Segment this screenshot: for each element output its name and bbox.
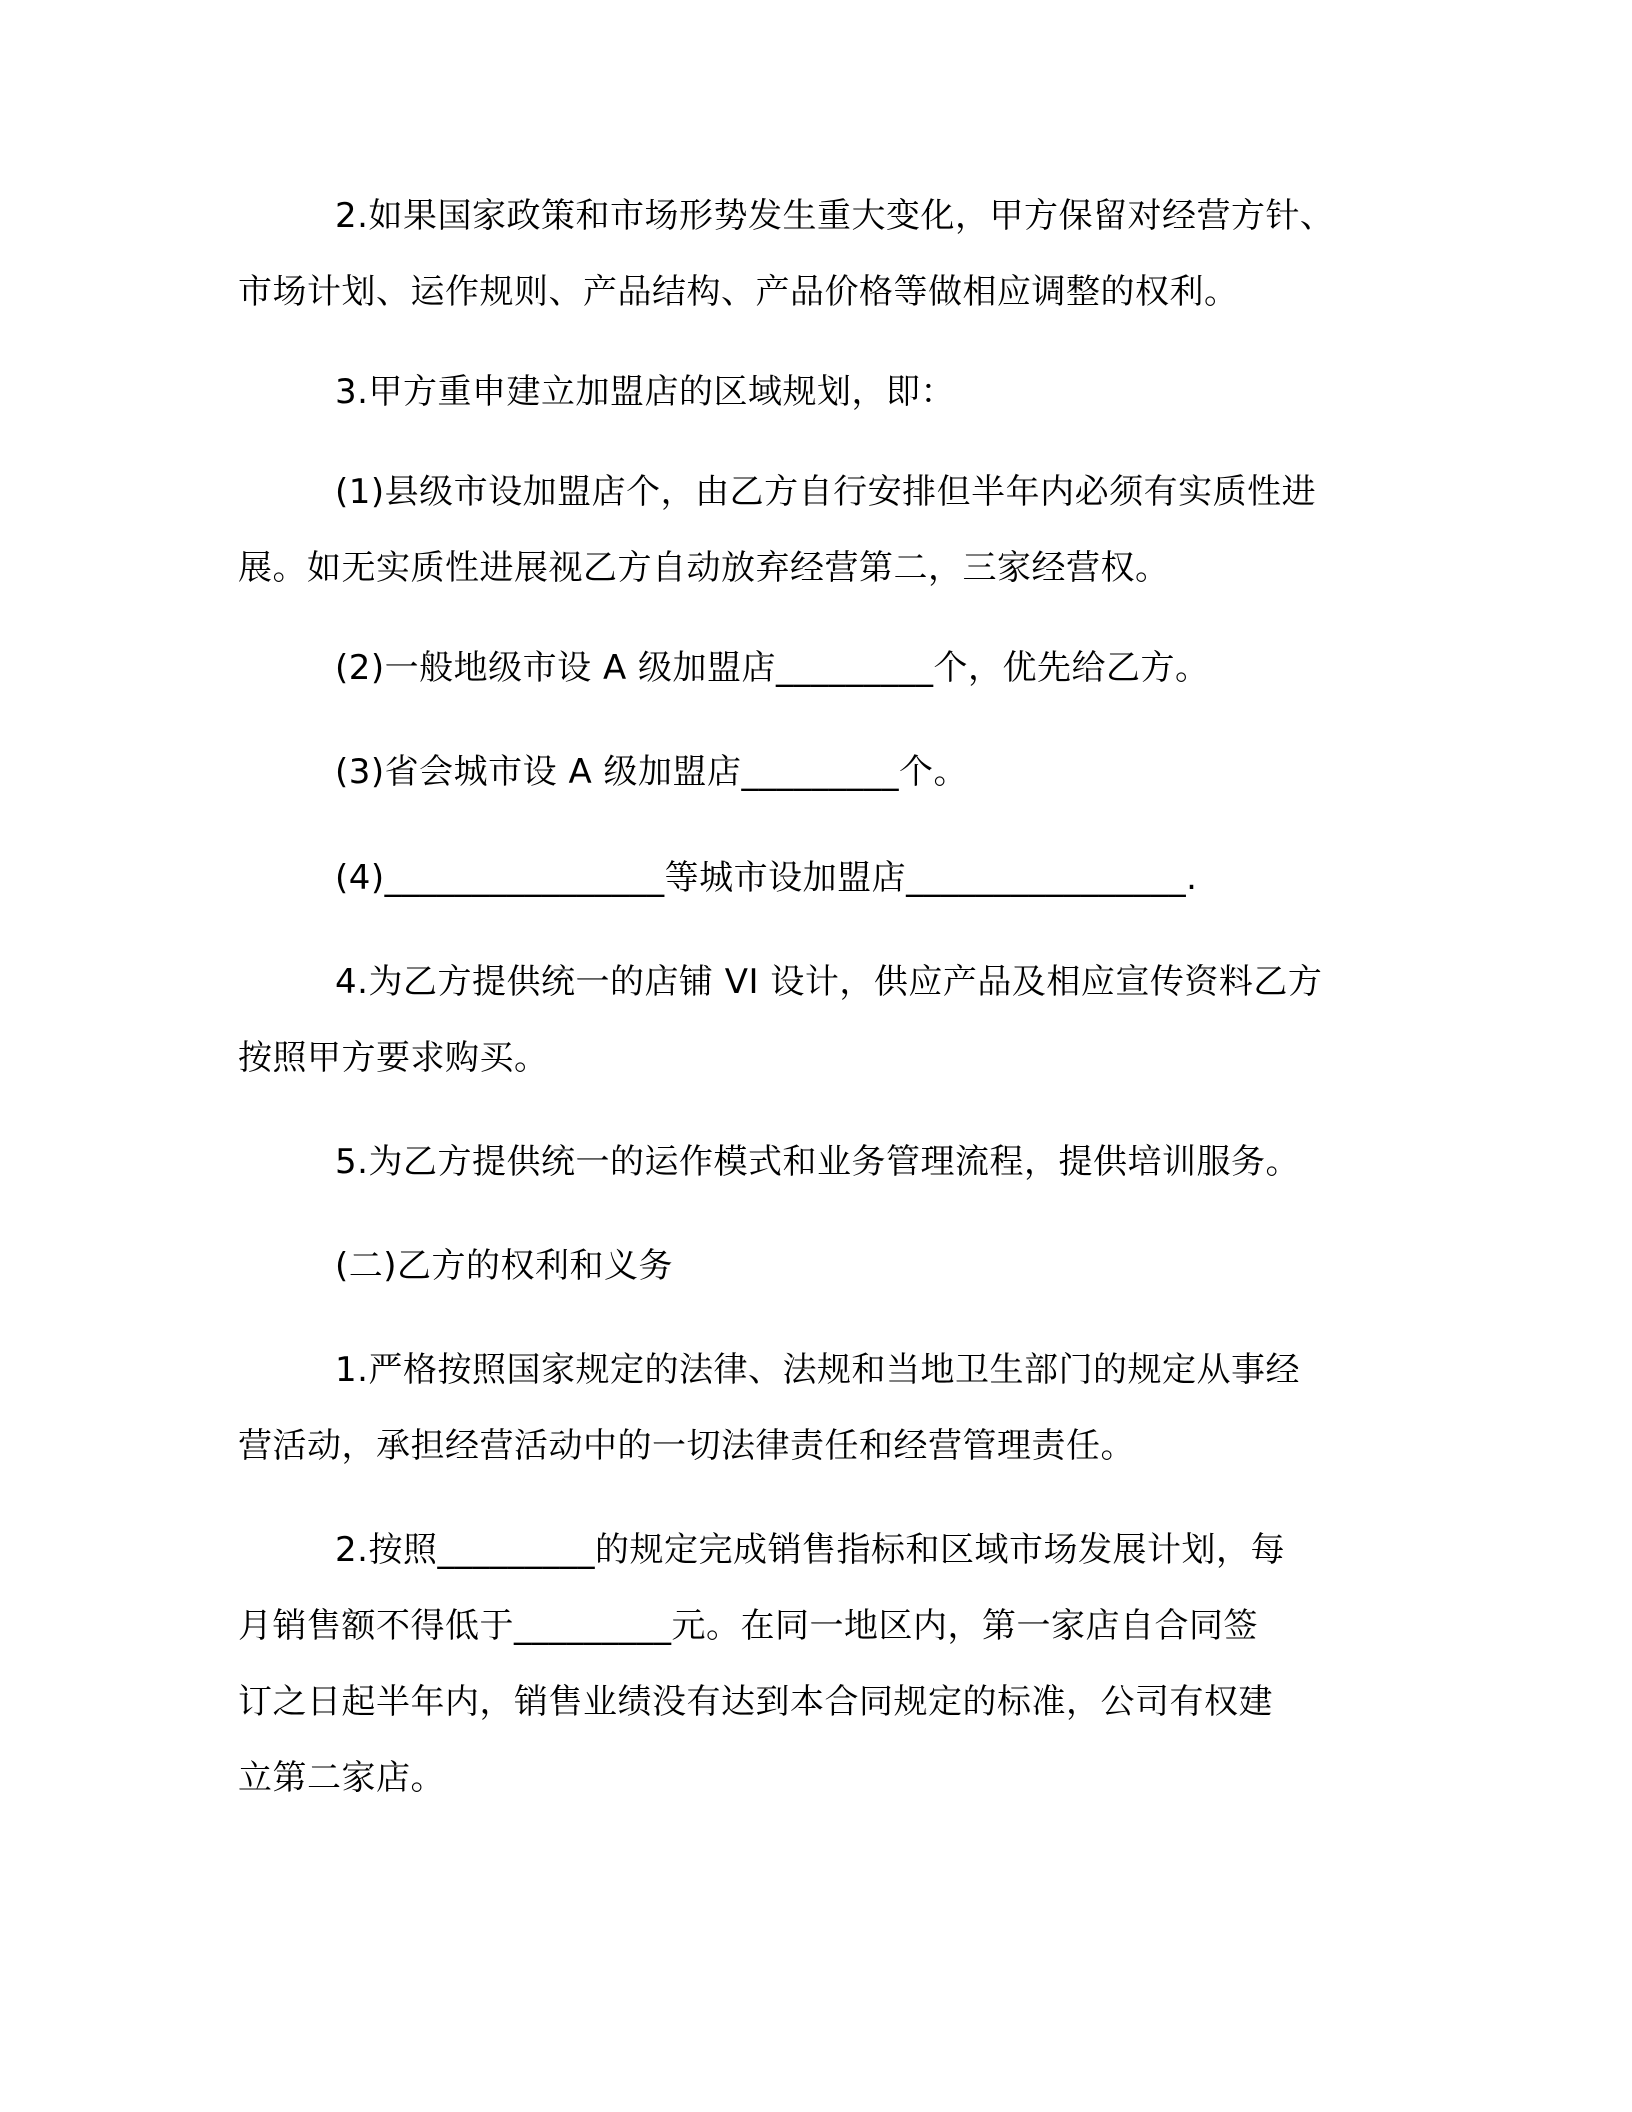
paragraph-line: 2.按照_________的规定完成销售指标和区域市场发展计划，每 bbox=[335, 1530, 1285, 1570]
paragraph-line: (2)一般地级市设 A 级加盟店_________个，优先给乙方。 bbox=[335, 648, 1210, 688]
paragraph-line: 2.如果国家政策和市场形势发生重大变化，甲方保留对经营方针、 bbox=[335, 196, 1334, 236]
paragraph-line: (4)________________等城市设加盟店______________… bbox=[335, 858, 1197, 898]
section-heading: (二)乙方的权利和义务 bbox=[335, 1246, 673, 1286]
paragraph-line: (1)县级市设加盟店个，由乙方自行安排但半年内必须有实质性进 bbox=[335, 472, 1316, 512]
paragraph-line: 4.为乙方提供统一的店铺 VI 设计，供应产品及相应宣传资料乙方 bbox=[335, 962, 1322, 1002]
paragraph-line: 市场计划、运作规则、产品结构、产品价格等做相应调整的权利。 bbox=[238, 272, 1239, 312]
paragraph-line: 1.严格按照国家规定的法律、法规和当地卫生部门的规定从事经 bbox=[335, 1350, 1300, 1390]
paragraph-line: 5.为乙方提供统一的运作模式和业务管理流程，提供培训服务。 bbox=[335, 1142, 1300, 1182]
paragraph-line: (3)省会城市设 A 级加盟店_________个。 bbox=[335, 752, 968, 792]
paragraph-line: 订之日起半年内，销售业绩没有达到本合同规定的标准，公司有权建 bbox=[238, 1682, 1273, 1722]
paragraph-line: 按照甲方要求购买。 bbox=[238, 1038, 549, 1078]
paragraph-line: 立第二家店。 bbox=[238, 1758, 445, 1798]
document-page: 2.如果国家政策和市场形势发生重大变化，甲方保留对经营方针、 市场计划、运作规则… bbox=[0, 0, 1632, 2112]
paragraph-line: 3.甲方重申建立加盟店的区域规划，即： bbox=[335, 372, 955, 412]
paragraph-line: 展。如无实质性进展视乙方自动放弃经营第二，三家经营权。 bbox=[238, 548, 1170, 588]
paragraph-line: 月销售额不得低于_________元。在同一地区内，第一家店自合同签 bbox=[238, 1606, 1258, 1646]
paragraph-line: 营活动，承担经营活动中的一切法律责任和经营管理责任。 bbox=[238, 1426, 1135, 1466]
